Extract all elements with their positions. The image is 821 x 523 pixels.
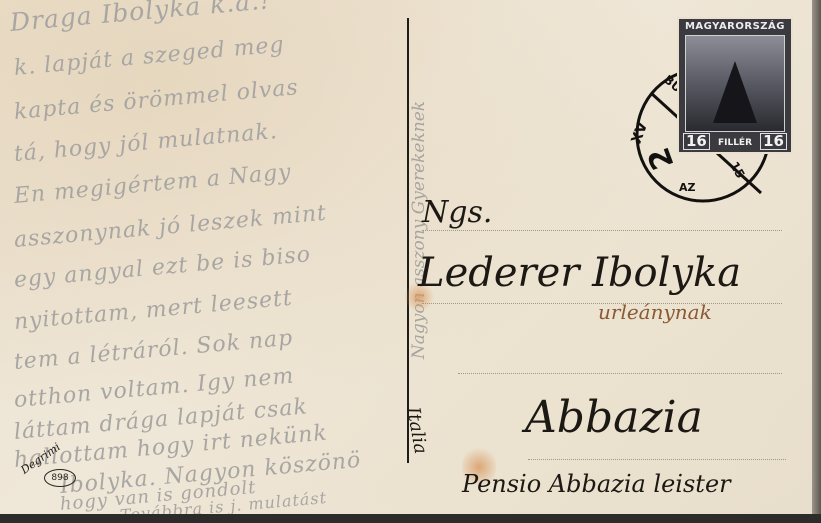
- stamp-value-left: 16: [683, 133, 710, 150]
- address-line: [458, 373, 782, 374]
- postcard: Draga Ibolyka k.a.! k. lapját a szeged m…: [0, 0, 813, 515]
- stamp-country: MAGYARORSZÁG: [679, 21, 791, 32]
- scan-background-bottom: [0, 514, 821, 523]
- message-line: k. lapját a szeged meg: [13, 32, 286, 81]
- address-title: urleánynak: [598, 300, 712, 324]
- address-line: [422, 230, 782, 231]
- stamp-currency: FILLÉR: [718, 138, 752, 150]
- message-line: Draga Ibolyka k.a.!: [9, 0, 272, 37]
- message-line: egy angyal ezt be is biso: [13, 242, 312, 293]
- church-icon: [713, 61, 757, 123]
- address-city: Abbazia: [525, 392, 703, 443]
- message-line: En megigértem a Nagy: [13, 160, 293, 209]
- stamp-image: [685, 35, 785, 132]
- stamp-value-right: 16: [760, 133, 787, 150]
- message-line: nyitottam, mert leesett: [13, 286, 294, 335]
- address-line: [528, 459, 786, 460]
- center-divider: [407, 18, 409, 463]
- address-lodging: Pensio Abbazia leister: [462, 470, 731, 498]
- message-line: tá, hogy jól mulatnak.: [13, 119, 279, 167]
- address-name: Lederer Ibolyka: [418, 250, 741, 296]
- publisher-number: 898: [44, 469, 76, 487]
- postmark-series: AZ: [679, 181, 696, 194]
- address-salutation: Ngs.: [422, 195, 492, 230]
- stamp-value: 16 FILLÉR 16: [683, 133, 787, 150]
- scan-background-right: [812, 0, 821, 523]
- message-line: kapta és örömmel olvas: [13, 75, 300, 125]
- postage-stamp: MAGYARORSZÁG 16 FILLÉR 16: [679, 19, 791, 152]
